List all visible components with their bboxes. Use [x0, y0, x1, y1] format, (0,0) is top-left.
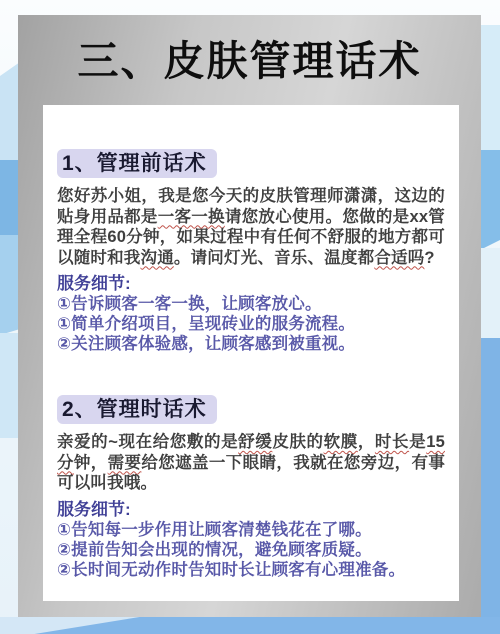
bg-shape-right-pale: [480, 248, 500, 340]
spellcheck-marked-phrase: 需要: [108, 454, 142, 472]
bg-shape-left-light: [0, 62, 20, 162]
spellcheck-marked-phrase: 舒缓: [238, 433, 272, 451]
section-1-details-list: ①告诉顾客一客一换，让顾客放心。 ①简单介绍项目，呈现砖业的服务流程。 ②关注顾…: [57, 294, 445, 354]
text-segment: 亲爱的~现在给您敷的是: [57, 433, 238, 451]
spellcheck-marked-phrase: 合适吗: [374, 249, 424, 267]
list-item: ①告诉顾客一客一换，让顾客放心。: [57, 294, 445, 314]
page-title: 三、皮肤管理话术: [18, 37, 481, 85]
text-segment: 。请问灯光、音乐、温度都: [174, 249, 374, 267]
bg-shape-left-mid-light: [0, 235, 20, 335]
bg-shape-right-bottom-blue: [480, 338, 500, 634]
section-during-management: 2、管理时话术 亲爱的~现在给您敷的是舒缓皮肤的软膜，时长是15分钟，需要给您遮…: [57, 395, 445, 580]
list-item: ①简单介绍项目，呈现砖业的服务流程。: [57, 314, 445, 334]
text-segment: ，: [358, 433, 375, 451]
bg-shape-right-light: [480, 25, 500, 150]
section-2-heading-row: 2、管理时话术: [57, 395, 445, 424]
content-panel: 1、管理前话术 您好苏小姐，我是您今天的皮肤管理师潇潇，这边的贴身用品都是一客一…: [43, 105, 459, 601]
section-2-heading: 2、管理时话术: [57, 395, 217, 424]
bg-shape-left-pale: [0, 333, 20, 438]
section-pre-management: 1、管理前话术 您好苏小姐，我是您今天的皮肤管理师潇潇，这边的贴身用品都是一客一…: [57, 149, 445, 354]
spellcheck-marked-phrase: 软膜: [324, 433, 358, 451]
text-segment: 是: [409, 433, 426, 451]
list-item: ①告知每一步作用让顾客清楚钱花在了哪。: [57, 520, 445, 540]
bg-shape-right-medium: [480, 150, 500, 250]
text-segment: ?: [424, 249, 434, 267]
section-2-details-label: 服务细节:: [57, 500, 445, 520]
list-item: ②长时间无动作时告知时长让顾客有心理准备。: [57, 560, 445, 580]
section-1-details-label: 服务细节:: [57, 274, 445, 294]
section-2-details-list: ①告知每一步作用让顾客清楚钱花在了哪。 ②提前告知会出现的情况，避免顾客质疑。 …: [57, 520, 445, 580]
text-segment: 皮肤的: [272, 433, 323, 451]
spellcheck-marked-phrase: 时长: [375, 433, 409, 451]
section-1-heading-row: 1、管理前话术: [57, 149, 445, 178]
poster-card: 三、皮肤管理话术 1、管理前话术 您好苏小姐，我是您今天的皮肤管理师潇潇，这边的…: [18, 15, 481, 617]
section-2-script-paragraph: 亲爱的~现在给您敷的是舒缓皮肤的软膜，时长是15分钟，需要给您遮盖一下眼睛，我就…: [57, 432, 445, 494]
text-segment: 钟，: [74, 454, 108, 472]
section-1-script-paragraph: 您好苏小姐，我是您今天的皮肤管理师潇潇，这边的贴身用品都是一客一换请您放心使用。…: [57, 186, 445, 268]
poster: 三、皮肤管理话术 1、管理前话术 您好苏小姐，我是您今天的皮肤管理师潇潇，这边的…: [0, 0, 500, 634]
bg-shape-left-medium: [0, 160, 20, 235]
list-item: ②提前告知会出现的情况，避免顾客质疑。: [57, 540, 445, 560]
spellcheck-marked-phrase: 一客一换: [158, 208, 225, 226]
spellcheck-marked-phrase: 沟通: [141, 249, 174, 267]
section-1-heading: 1、管理前话术: [57, 149, 217, 178]
list-item: ②关注顾客体验感，让顾客感到被重视。: [57, 334, 445, 354]
